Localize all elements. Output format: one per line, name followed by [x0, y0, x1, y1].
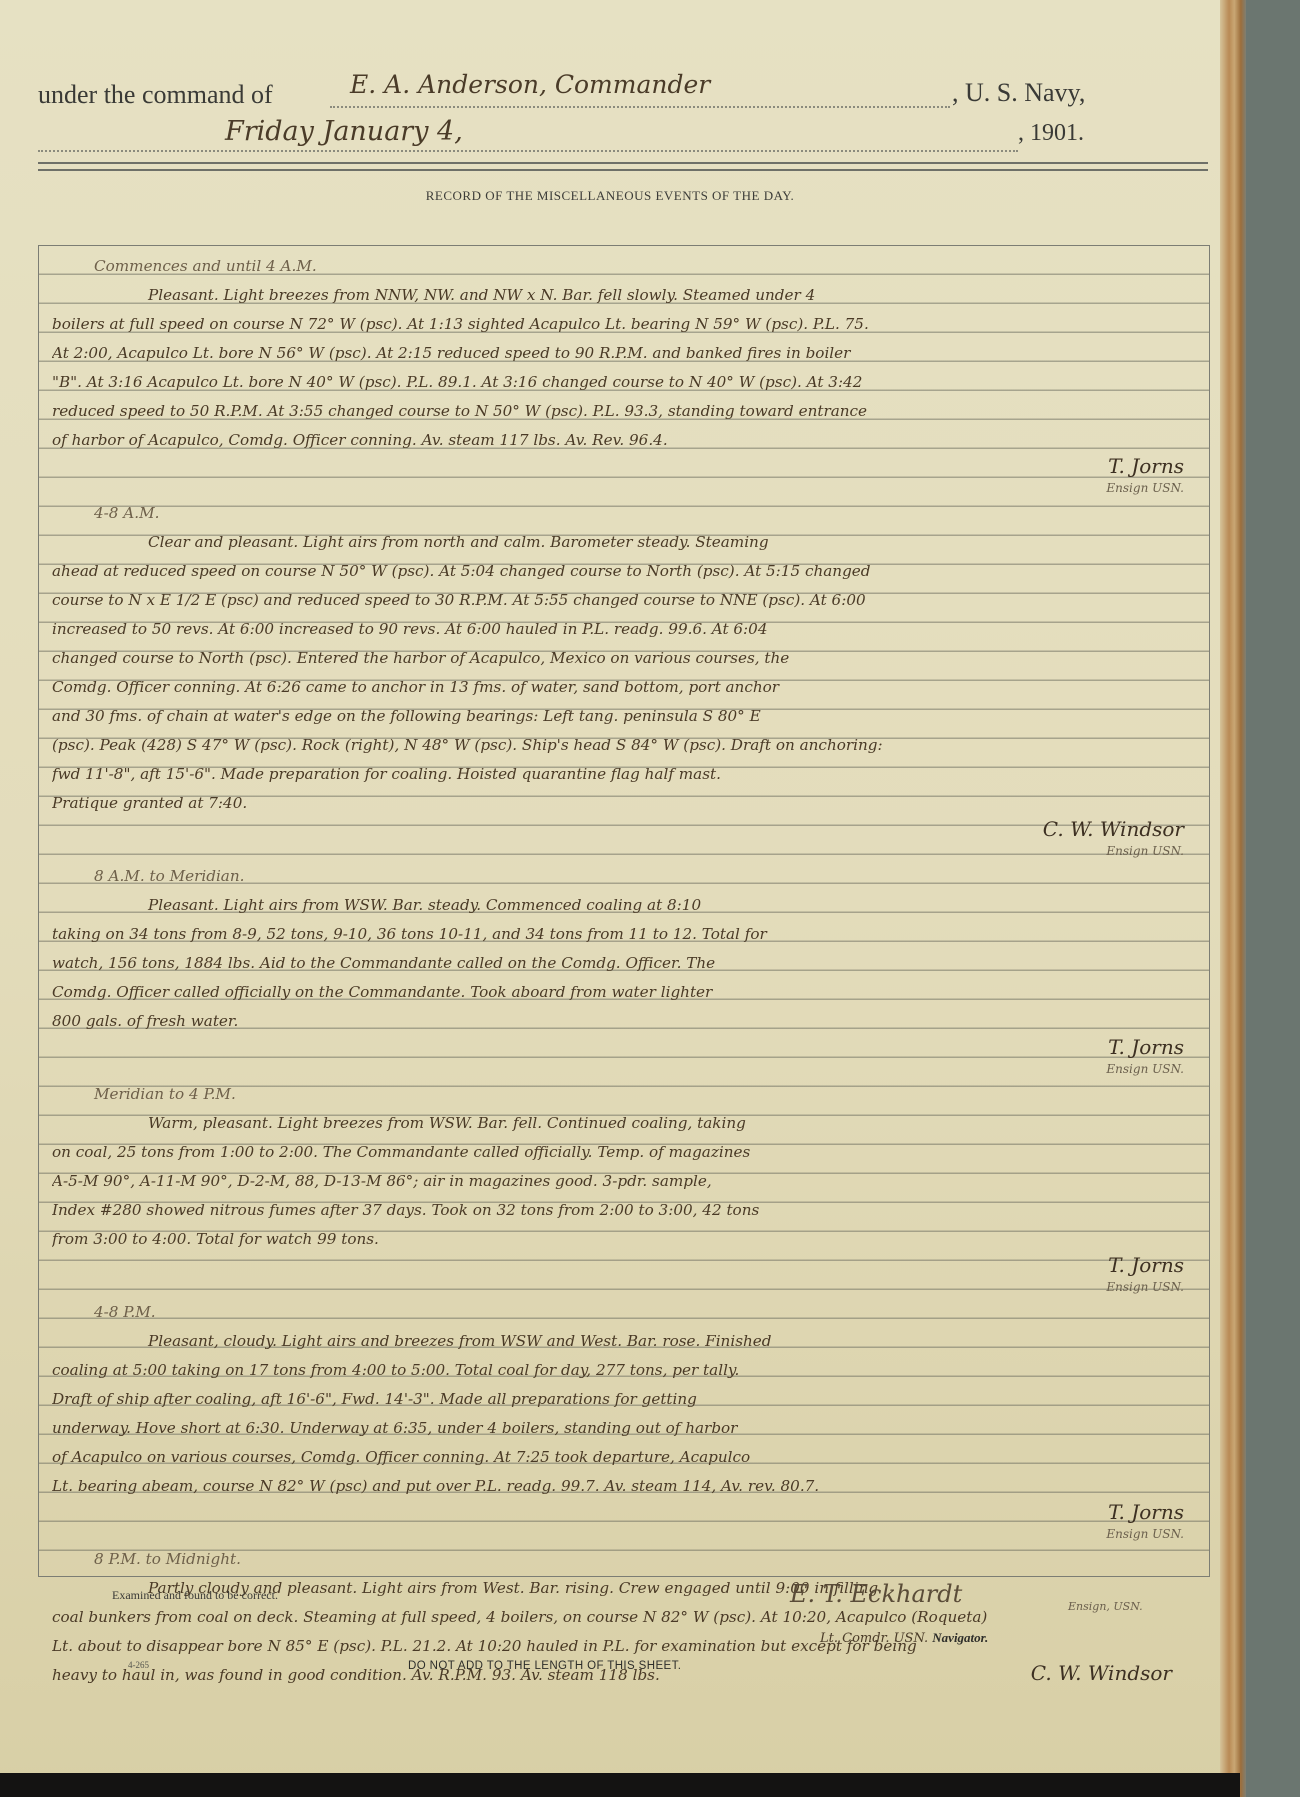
- examined-statement: Examined and found to be correct.: [112, 1588, 278, 1603]
- book-cover-background: [1246, 0, 1300, 1797]
- navigator-title: Navigator.: [932, 1630, 988, 1645]
- log-line: Comdg. Officer called officially on the …: [52, 978, 1202, 1007]
- watch-heading: 4-8 A.M.: [52, 499, 1202, 528]
- watch-entry: 4-8 P.M. Pleasant, cloudy. Light airs an…: [52, 1298, 1202, 1545]
- log-line: 800 gals. of fresh water.: [52, 1007, 1202, 1036]
- log-line: Pleasant. Light breezes from NNW, NW. an…: [52, 281, 1202, 310]
- watch-heading: Meridian to 4 P.M.: [52, 1080, 1202, 1109]
- form-number: 4-265: [128, 1660, 149, 1670]
- officer-signature-block: T. Jorns Ensign USN.: [52, 455, 1202, 499]
- log-line: from 3:00 to 4:00. Total for watch 99 to…: [52, 1225, 1202, 1254]
- navigator-title-line: Lt. Comdr. USN. Navigator.: [820, 1630, 988, 1646]
- officer-rank: Ensign USN.: [52, 1523, 1184, 1545]
- officer-rank: Ensign USN.: [52, 477, 1184, 499]
- log-line: At 2:00, Acapulco Lt. bore N 56° W (psc)…: [52, 339, 1202, 368]
- command-prefix: under the command of: [38, 80, 273, 109]
- navigator-rank: Ensign, USN.: [1068, 1600, 1143, 1613]
- date-field-line: [38, 150, 1018, 152]
- log-line: changed course to North (psc). Entered t…: [52, 644, 1202, 673]
- log-line: Lt. bearing abeam, course N 82° W (psc) …: [52, 1472, 1202, 1501]
- watch-heading: 4-8 P.M.: [52, 1298, 1202, 1327]
- log-line: Pleasant. Light airs from WSW. Bar. stea…: [52, 891, 1202, 920]
- officer-signature: T. Jorns: [52, 1501, 1184, 1523]
- logbook-page: under the command of E. A. Anderson, Com…: [0, 0, 1220, 1797]
- watch-entry: Commences and until 4 A.M. Pleasant. Lig…: [52, 252, 1202, 499]
- log-line: watch, 156 tons, 1884 lbs. Aid to the Co…: [52, 949, 1202, 978]
- header-rule: [38, 162, 1208, 171]
- log-line: Index #280 showed nitrous fumes after 37…: [52, 1196, 1202, 1225]
- command-line: under the command of: [38, 80, 273, 110]
- sheet-length-warning: DO NOT ADD TO THE LENGTH OF THIS SHEET.: [408, 1660, 681, 1672]
- log-line: fwd 11'-8", aft 15'-6". Made preparation…: [52, 760, 1202, 789]
- watch-heading: 8 A.M. to Meridian.: [52, 862, 1202, 891]
- watch-entry: Meridian to 4 P.M. Warm, pleasant. Light…: [52, 1080, 1202, 1298]
- log-line: Warm, pleasant. Light breezes from WSW. …: [52, 1109, 1202, 1138]
- officer-rank: Ensign USN.: [52, 1276, 1184, 1298]
- log-date: Friday January 4,: [225, 116, 463, 147]
- officer-signature-block: T. Jorns Ensign USN.: [52, 1254, 1202, 1298]
- log-line: Comdg. Officer conning. At 6:26 came to …: [52, 673, 1202, 702]
- officer-signature: C. W. Windsor: [1031, 1661, 1172, 1688]
- log-line: Draft of ship after coaling, aft 16'-6",…: [52, 1385, 1202, 1414]
- log-line: Clear and pleasant. Light airs from nort…: [52, 528, 1202, 557]
- navigator-signature: E. T. Eckhardt: [790, 1580, 962, 1608]
- officer-rank: Ensign USN.: [52, 1058, 1184, 1080]
- log-line: course to N x E 1/2 E (psc) and reduced …: [52, 586, 1202, 615]
- log-line: taking on 34 tons from 8-9, 52 tons, 9-1…: [52, 920, 1202, 949]
- officer-signature: T. Jorns: [52, 1036, 1184, 1058]
- log-entries: Commences and until 4 A.M. Pleasant. Lig…: [52, 252, 1202, 1690]
- log-line: Lt. about to disappear bore N 85° E (psc…: [52, 1632, 1202, 1661]
- log-line: Pleasant, cloudy. Light airs and breezes…: [52, 1327, 1202, 1356]
- officer-signature: C. W. Windsor: [52, 818, 1184, 840]
- log-line: increased to 50 revs. At 6:00 increased …: [52, 615, 1202, 644]
- watch-heading: 8 P.M. to Midnight.: [52, 1545, 1202, 1574]
- service-suffix: , U. S. Navy,: [952, 78, 1085, 108]
- log-line: of Acapulco on various courses, Comdg. O…: [52, 1443, 1202, 1472]
- watch-entry: 8 A.M. to Meridian. Pleasant. Light airs…: [52, 862, 1202, 1080]
- book-spine-edge: [1220, 0, 1246, 1797]
- officer-signature-block: C. W. Windsor Ensign USN.: [52, 818, 1202, 862]
- record-title: RECORD OF THE MISCELLANEOUS EVENTS OF TH…: [0, 188, 1220, 204]
- log-line: coaling at 5:00 taking on 17 tons from 4…: [52, 1356, 1202, 1385]
- watch-heading: Commences and until 4 A.M.: [52, 252, 1202, 281]
- officer-signature: T. Jorns: [52, 455, 1184, 477]
- page-bottom-shadow: [0, 1773, 1240, 1797]
- officer-rank: Ensign USN.: [52, 840, 1184, 862]
- log-line: A-5-M 90°, A-11-M 90°, D-2-M, 88, D-13-M…: [52, 1167, 1202, 1196]
- officer-signature-block: T. Jorns Ensign USN.: [52, 1036, 1202, 1080]
- log-line: and 30 fms. of chain at water's edge on …: [52, 702, 1202, 731]
- log-line: underway. Hove short at 6:30. Underway a…: [52, 1414, 1202, 1443]
- log-line: ahead at reduced speed on course N 50° W…: [52, 557, 1202, 586]
- log-line: (psc). Peak (428) S 47° W (psc). Rock (r…: [52, 731, 1202, 760]
- navigator-prefix: Lt. Comdr. USN.: [820, 1631, 928, 1646]
- officer-signature: T. Jorns: [52, 1254, 1184, 1276]
- log-line: coal bunkers from coal on deck. Steaming…: [52, 1603, 1202, 1632]
- log-year: , 1901.: [1018, 120, 1084, 147]
- log-line: "B". At 3:16 Acapulco Lt. bore N 40° W (…: [52, 368, 1202, 397]
- commander-field-line: [330, 106, 950, 108]
- commander-name: E. A. Anderson, Commander: [350, 70, 710, 99]
- log-line: of harbor of Acapulco, Comdg. Officer co…: [52, 426, 1202, 455]
- watch-entry: 4-8 A.M. Clear and pleasant. Light airs …: [52, 499, 1202, 862]
- log-line: Pratique granted at 7:40.: [52, 789, 1202, 818]
- officer-signature-block: T. Jorns Ensign USN.: [52, 1501, 1202, 1545]
- log-line: reduced speed to 50 R.P.M. At 3:55 chang…: [52, 397, 1202, 426]
- log-line: boilers at full speed on course N 72° W …: [52, 310, 1202, 339]
- log-line: on coal, 25 tons from 1:00 to 2:00. The …: [52, 1138, 1202, 1167]
